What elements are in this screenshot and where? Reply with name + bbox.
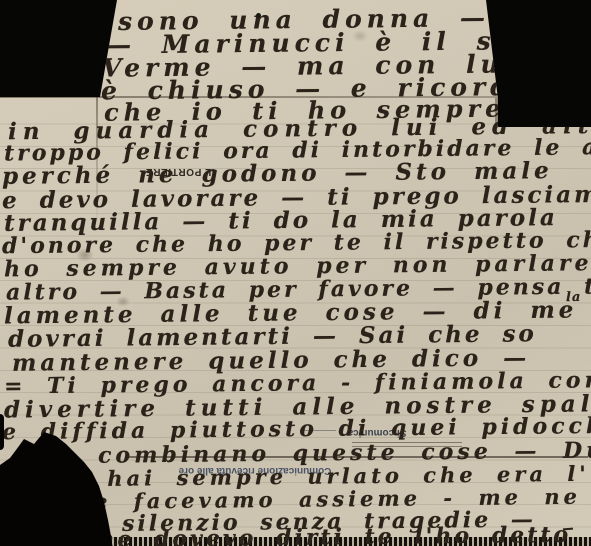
torn-edge-sliver [0,414,4,450]
paper-speck [256,13,261,18]
handwriting-layer: sono una donna —— Marinucci è il solitoV… [0,0,591,546]
letter-paper: IL PORTIERE Si comunica Comunicazione ri… [0,0,591,546]
letter-photo: IL PORTIERE Si comunica Comunicazione ri… [0,0,591,546]
